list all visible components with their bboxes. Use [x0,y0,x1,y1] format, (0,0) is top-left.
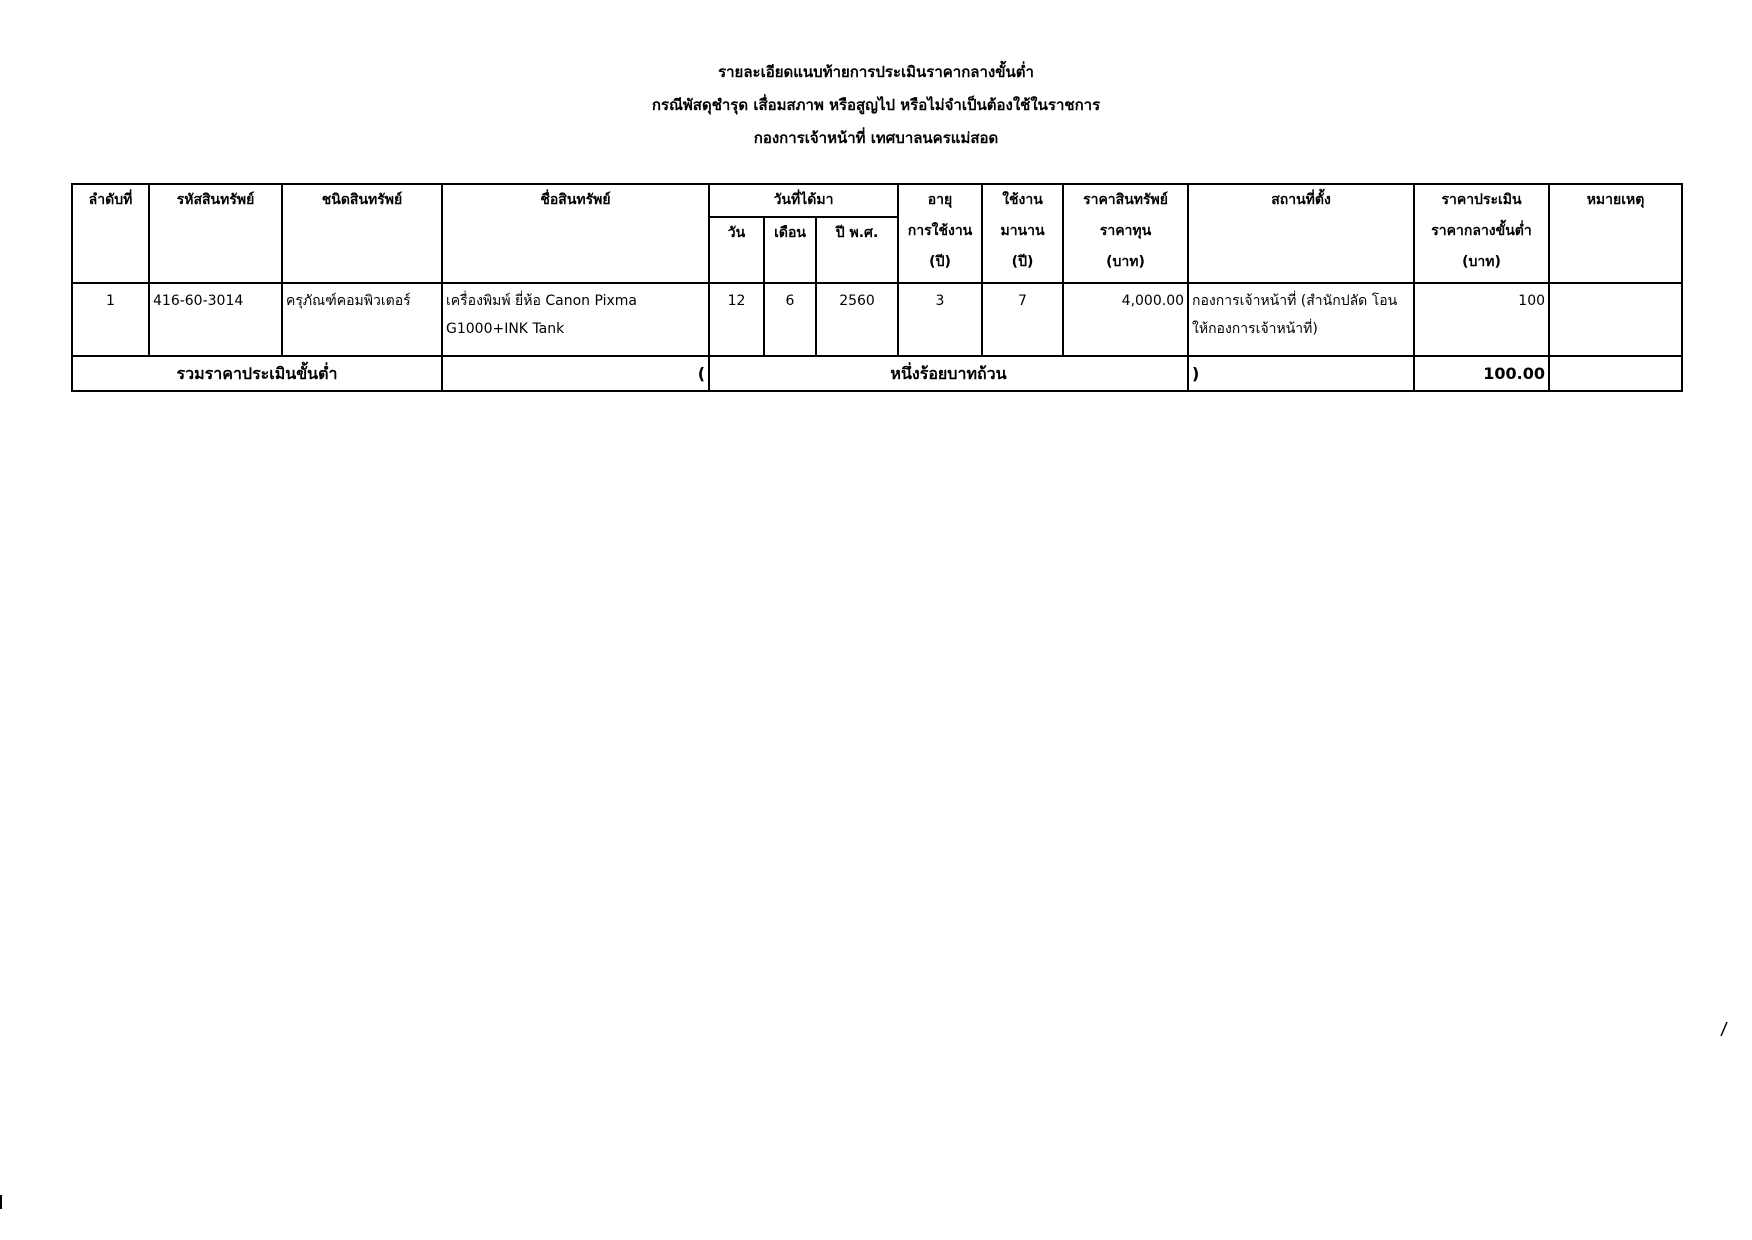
cell-useful-life: 3 [898,283,982,356]
table-header-row: ลำดับที่ รหัสสินทรัพย์ ชนิดสินทรัพย์ ชื่… [72,184,1682,217]
scan-mark [1718,1020,1730,1040]
cell-years-used: 7 [982,283,1063,356]
table-row: 1 416-60-3014 ครุภัณฑ์คอมพิวเตอร์ เครื่อ… [72,283,1682,356]
header-month: เดือน [764,217,816,283]
asset-appraisal-table: ลำดับที่ รหัสสินทรัพย์ ชนิดสินทรัพย์ ชื่… [71,183,1683,392]
header-seq: ลำดับที่ [72,184,149,283]
cell-year: 2560 [816,283,898,356]
cell-location: กองการเจ้าหน้าที่ (สำนักปลัด โอนให้กองกา… [1188,283,1414,356]
header-year: ปี พ.ศ. [816,217,898,283]
cell-asset-name: เครื่องพิมพ์ ยี่ห้อ Canon Pixma G1000+IN… [442,283,709,356]
total-remarks [1549,356,1682,391]
cell-asset-code: 416-60-3014 [149,283,282,356]
header-asset-type: ชนิดสินทรัพย์ [282,184,442,283]
header-asset-code: รหัสสินทรัพย์ [149,184,282,283]
cell-asset-type: ครุภัณฑ์คอมพิวเตอร์ [282,283,442,356]
header-years-used: ใช้งาน มานาน (ปี) [982,184,1063,283]
header-remarks: หมายเหตุ [1549,184,1682,283]
total-open-paren: ( [442,356,709,391]
document-title-line-3: กองการเจ้าหน้าที่ เทศบาลนครแม่สอด [0,122,1752,155]
header-asset-name: ชื่อสินทรัพย์ [442,184,709,283]
table-total-row: รวมราคาประเมินขั้นต่ำ ( หนึ่งร้อยบาทถ้วน… [72,356,1682,391]
document-title-line-1: รายละเอียดแนบท้ายการประเมินราคากลางขั้นต… [0,56,1752,89]
header-location: สถานที่ตั้ง [1188,184,1414,283]
total-amount: 100.00 [1414,356,1549,391]
document-title-line-2: กรณีพัสดุชำรุด เสื่อมสภาพ หรือสูญไป หรือ… [0,89,1752,122]
cell-remarks [1549,283,1682,356]
header-useful-life: อายุ การใช้งาน (ปี) [898,184,982,283]
cell-seq: 1 [72,283,149,356]
cell-day: 12 [709,283,764,356]
total-amount-text: หนึ่งร้อยบาทถ้วน [709,356,1188,391]
header-min-price: ราคาประเมิน ราคากลางขั้นต่ำ (บาท) [1414,184,1549,283]
cell-min-price: 100 [1414,283,1549,356]
cell-cost: 4,000.00 [1063,283,1188,356]
header-acquired-date: วันที่ได้มา [709,184,898,217]
cell-month: 6 [764,283,816,356]
header-day: วัน [709,217,764,283]
header-cost: ราคาสินทรัพย์ ราคาทุน (บาท) [1063,184,1188,283]
total-close-paren: ) [1188,356,1414,391]
scan-mark-left [0,1195,2,1209]
document-title-block: รายละเอียดแนบท้ายการประเมินราคากลางขั้นต… [0,56,1752,155]
total-label: รวมราคาประเมินขั้นต่ำ [72,356,442,391]
